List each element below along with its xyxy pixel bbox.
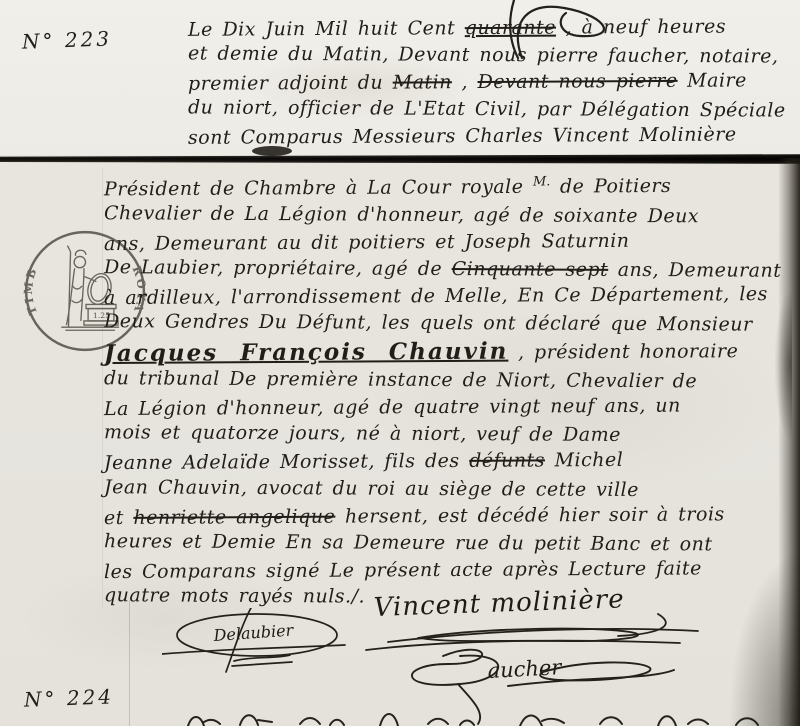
- handwriting-segment: Deux Gendres Du Défunt, les quels ont dé…: [104, 311, 753, 336]
- handwriting-segment: du niort, officier de L'Etat Civil, par …: [188, 96, 786, 121]
- handwriting-segment: quatre mots rayés nuls./.: [104, 585, 365, 608]
- register-page-scan: N° 223 Le Dix Juin Mil huit Cent quarant…: [0, 0, 800, 726]
- handwriting-segment: Jacques François Chauvin: [104, 337, 509, 366]
- handwriting-segment: Président de Chambre à La Cour royale: [104, 176, 533, 201]
- handwriting-segment: ,: [452, 71, 478, 93]
- handwriting-segment: Le Dix Juin Mil huit Cent: [188, 17, 465, 41]
- handwriting-segment: Jean Chauvin, avocat du roi au siège de …: [104, 476, 639, 501]
- handwriting-segment: de Poitiers: [550, 175, 671, 198]
- handwriting-line: Chevalier de La Légion d'honneur, agé de…: [104, 200, 782, 231]
- handwriting-line: heures et Demie En sa Demeure rue du pet…: [104, 528, 782, 559]
- handwriting-line: du tribunal De première instance de Nior…: [104, 365, 782, 396]
- act-number-223: N° 223: [22, 26, 113, 53]
- handwriting-segment: Devant nous pierre: [477, 70, 677, 93]
- handwriting-segment: heures et Demie En sa Demeure rue du pet…: [104, 530, 713, 555]
- signature-delaubier: Delaubier: [162, 608, 347, 676]
- signature-vincent-text: Vincent molinière: [373, 586, 625, 623]
- handwriting-segment: premier adjoint du: [188, 72, 393, 95]
- handwriting-segment: mois et quatorze jours, né à niort, veuf…: [104, 421, 621, 446]
- handwriting-line: Deux Gendres Du Défunt, les quels ont dé…: [104, 309, 782, 340]
- handwriting-segment: henriette angelique: [133, 505, 335, 528]
- handwriting-segment: , président honoraire: [508, 340, 738, 363]
- handwriting-line: et henriette angelique hersent, est décé…: [104, 501, 782, 532]
- handwriting-segment: M.: [533, 174, 551, 189]
- handwriting-line: La Légion d'honneur, agé de quatre vingt…: [104, 392, 782, 423]
- ink-blob: [252, 146, 292, 156]
- handwriting-line: Jacques François Chauvin , président hon…: [104, 335, 782, 368]
- handwriting-segment: les Comparans signé Le présent acte aprè…: [104, 558, 702, 584]
- handwriting-segment: à ardilleux, l'arrondissement de Melle, …: [104, 283, 768, 309]
- handwriting-line: ans, Demeurant au dit poitiers et Joseph…: [104, 227, 782, 258]
- handwriting-line: mois et quatorze jours, né à niort, veuf…: [104, 419, 782, 450]
- handwriting-segment: Chevalier de La Légion d'honneur, agé de…: [104, 202, 699, 227]
- act-body-text: Président de Chambre à La Cour royale M.…: [104, 169, 781, 612]
- paper-crease: [129, 600, 130, 726]
- svg-text:TIMBRE: TIMBRE: [22, 228, 40, 317]
- signature-faucher-text: aucher: [487, 655, 564, 683]
- handwriting-line: à ardilleux, l'arrondissement de Melle, …: [104, 281, 782, 312]
- signature-delaubier-text: Delaubier: [212, 620, 295, 645]
- handwriting-segment: ans, Demeurant au dit poitiers et Joseph…: [104, 230, 630, 255]
- handwriting-line: Jean Chauvin, avocat du roi au siège de …: [104, 474, 782, 505]
- handwriting-segment: La Légion d'honneur, agé de quatre vingt…: [104, 394, 681, 420]
- handwriting-segment: De Laubier, propriétaire, agé de: [104, 256, 452, 280]
- handwriting-line: De Laubier, propriétaire, agé de Cinquan…: [104, 254, 782, 285]
- handwriting-segment: Matin: [393, 71, 452, 93]
- handwriting-segment: Michel: [545, 449, 623, 471]
- partial-next-act-line: [180, 708, 780, 726]
- handwriting-segment: défunts: [469, 450, 545, 472]
- act-number-224: N° 224: [24, 684, 115, 711]
- handwriting-segment: Jeanne Adelaïde Morisset, fils des: [104, 450, 469, 474]
- handwriting-line: Jeanne Adelaïde Morisset, fils des défun…: [104, 446, 782, 477]
- handwriting-line: du niort, officier de L'Etat Civil, par …: [188, 94, 786, 124]
- handwriting-segment: du tribunal De première instance de Nior…: [104, 367, 697, 392]
- signature-flourish-cutoff: [462, 0, 677, 60]
- handwriting-line: Président de Chambre à La Cour royale M.…: [104, 167, 782, 204]
- handwriting-line: premier adjoint du Matin , Devant nous p…: [188, 67, 786, 98]
- handwriting-segment: et: [104, 507, 134, 529]
- handwriting-segment: Maire: [678, 69, 747, 91]
- handwriting-segment: ans, Demeurant: [608, 259, 781, 282]
- handwriting-segment: hersent, est décédé hier soir à trois: [335, 503, 725, 527]
- handwriting-line: les Comparans signé Le présent acte aprè…: [104, 555, 782, 586]
- handwriting-segment: Cinquante sept: [452, 258, 609, 281]
- stamp-left-text: TIMBRE: [22, 228, 40, 317]
